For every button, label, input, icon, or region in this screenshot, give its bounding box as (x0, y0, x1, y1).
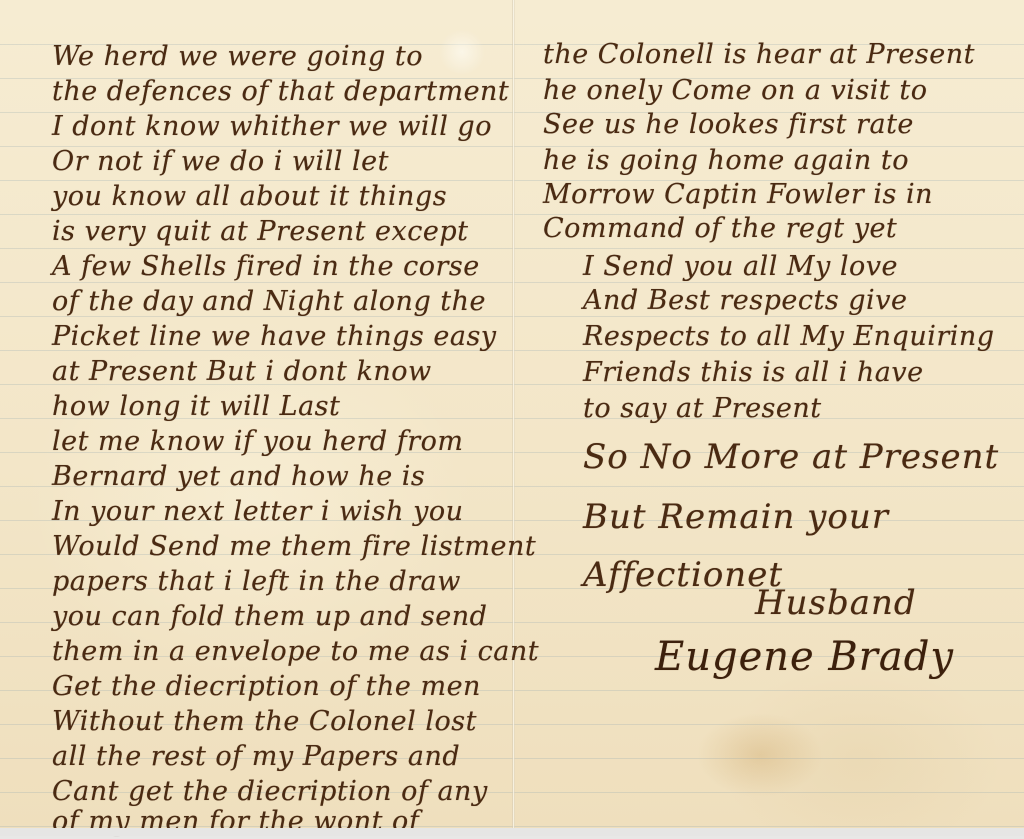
letter-line: the Colonell is hear at Present (543, 38, 975, 72)
right-page: the Colonell is hear at Present he onely… (515, 0, 1024, 828)
letter-line: See us he lookes first rate (543, 108, 914, 142)
letter-line: he onely Come on a visit to (543, 74, 927, 108)
letter-line: And Best respects give (543, 284, 907, 318)
letter-line: Picket line we have things easy (52, 320, 497, 354)
letter-line: how long it will Last (52, 390, 340, 424)
letter-line: In your next letter i wish you (52, 495, 464, 529)
letter-line: is very quit at Present except (52, 215, 468, 249)
closing-line: So No More at Present (543, 440, 999, 474)
letter-line: he is going home again to (543, 144, 909, 178)
letter-line: of the day and Night along the (52, 285, 486, 319)
letter-line: let me know if you herd from (52, 425, 464, 459)
letter-line: Command of the regt yet (543, 212, 897, 246)
letter-line: Respects to all My Enquiring (543, 320, 995, 354)
letter-line: A few Shells fired in the corse (52, 250, 480, 284)
closing-line: But Remain your (543, 500, 889, 534)
letter-line: I Send you all My love (543, 250, 898, 284)
letter-line: you know all about it things (52, 180, 447, 214)
signature: Eugene Brady (655, 640, 954, 674)
closing-line: Affectionet (543, 558, 783, 592)
letter-sheet: We herd we were going to the defences of… (0, 0, 1024, 828)
letter-line: them in a envelope to me as i cant (52, 635, 539, 669)
letter-line: papers that i left in the draw (52, 565, 461, 599)
scan-margin (0, 828, 1024, 836)
letter-line: Or not if we do i will let (52, 145, 389, 179)
letter-line: Get the diecription of the men (52, 670, 481, 704)
letter-line: Cant get the diecription of any (52, 775, 488, 809)
letter-line: Friends this is all i have (543, 356, 924, 390)
letter-line: you can fold them up and send (52, 600, 487, 634)
letter-line: all the rest of my Papers and (52, 740, 460, 774)
letter-line: at Present But i dont know (52, 355, 432, 389)
letter-line: I dont know whither we will go (52, 110, 492, 144)
letter-line: the defences of that department (52, 75, 509, 109)
letter-line: to say at Present (543, 392, 822, 426)
letter-line: Morrow Captin Fowler is in (543, 178, 933, 212)
closing-husband: Husband (755, 586, 917, 620)
letter-line: Bernard yet and how he is (52, 460, 425, 494)
letter-line: We herd we were going to (52, 40, 423, 74)
letter-line: Without them the Colonel lost (52, 705, 477, 739)
left-page: We herd we were going to the defences of… (0, 0, 512, 828)
letter-line: Would Send me them fire listment (52, 530, 536, 564)
